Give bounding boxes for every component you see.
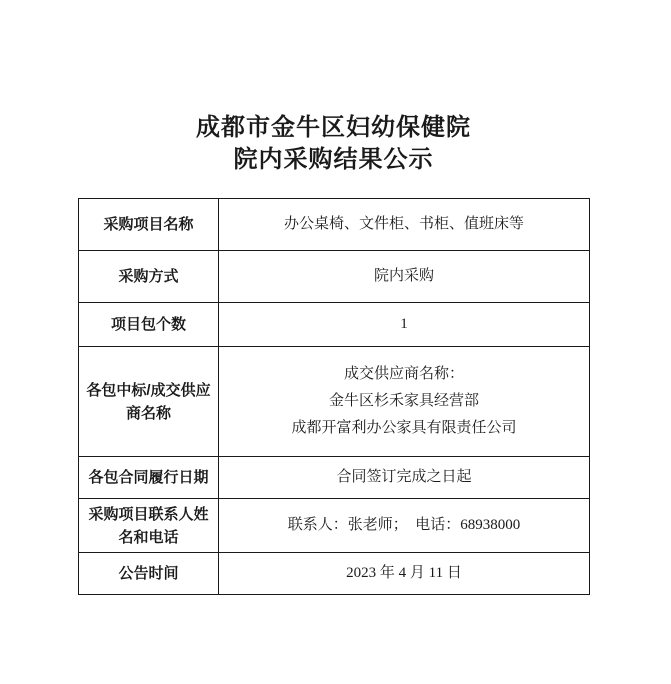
row-label-contact-info: 采购项目联系人姓 名和电话 (79, 499, 219, 553)
table-row: 项目包个数 1 (79, 303, 590, 347)
row-value-contract-date: 合同签订完成之日起 (219, 457, 590, 499)
table-row: 各包中标/成交供应 商名称 成交供应商名称： 金牛区杉禾家具经营部 成都开富利办… (79, 347, 590, 457)
table-row: 采购项目名称 办公桌椅、文件柜、书柜、值班床等 (79, 199, 590, 251)
row-label-announcement-date: 公告时间 (79, 553, 219, 595)
table-row: 各包合同履行日期 合同签订完成之日起 (79, 457, 590, 499)
row-label-contract-date: 各包合同履行日期 (79, 457, 219, 499)
row-value-procurement-method: 院内采购 (219, 251, 590, 303)
row-label-procurement-method: 采购方式 (79, 251, 219, 303)
row-label-package-count: 项目包个数 (79, 303, 219, 347)
document-title: 成都市金牛区妇幼保健院 院内采购结果公示 (78, 112, 589, 176)
row-value-project-name: 办公桌椅、文件柜、书柜、值班床等 (219, 199, 590, 251)
document-page: 成都市金牛区妇幼保健院 院内采购结果公示 采购项目名称 办公桌椅、文件柜、书柜、… (0, 0, 671, 684)
table-row: 采购方式 院内采购 (79, 251, 590, 303)
row-label-project-name: 采购项目名称 (79, 199, 219, 251)
table-row: 采购项目联系人姓 名和电话 联系人：张老师； 电话：68938000 (79, 499, 590, 553)
document-title-line-1: 成都市金牛区妇幼保健院 (78, 112, 589, 144)
row-value-announcement-date: 2023 年 4 月 11 日 (219, 553, 590, 595)
row-value-package-count: 1 (219, 303, 590, 347)
table-row: 公告时间 2023 年 4 月 11 日 (79, 553, 590, 595)
row-value-winning-supplier: 成交供应商名称： 金牛区杉禾家具经营部 成都开富利办公家具有限责任公司 (219, 347, 590, 457)
document-title-line-2: 院内采购结果公示 (78, 144, 589, 176)
row-label-winning-supplier: 各包中标/成交供应 商名称 (79, 347, 219, 457)
procurement-result-table: 采购项目名称 办公桌椅、文件柜、书柜、值班床等 采购方式 院内采购 项目包个数 … (78, 198, 590, 595)
row-value-contact-info: 联系人：张老师； 电话：68938000 (219, 499, 590, 553)
